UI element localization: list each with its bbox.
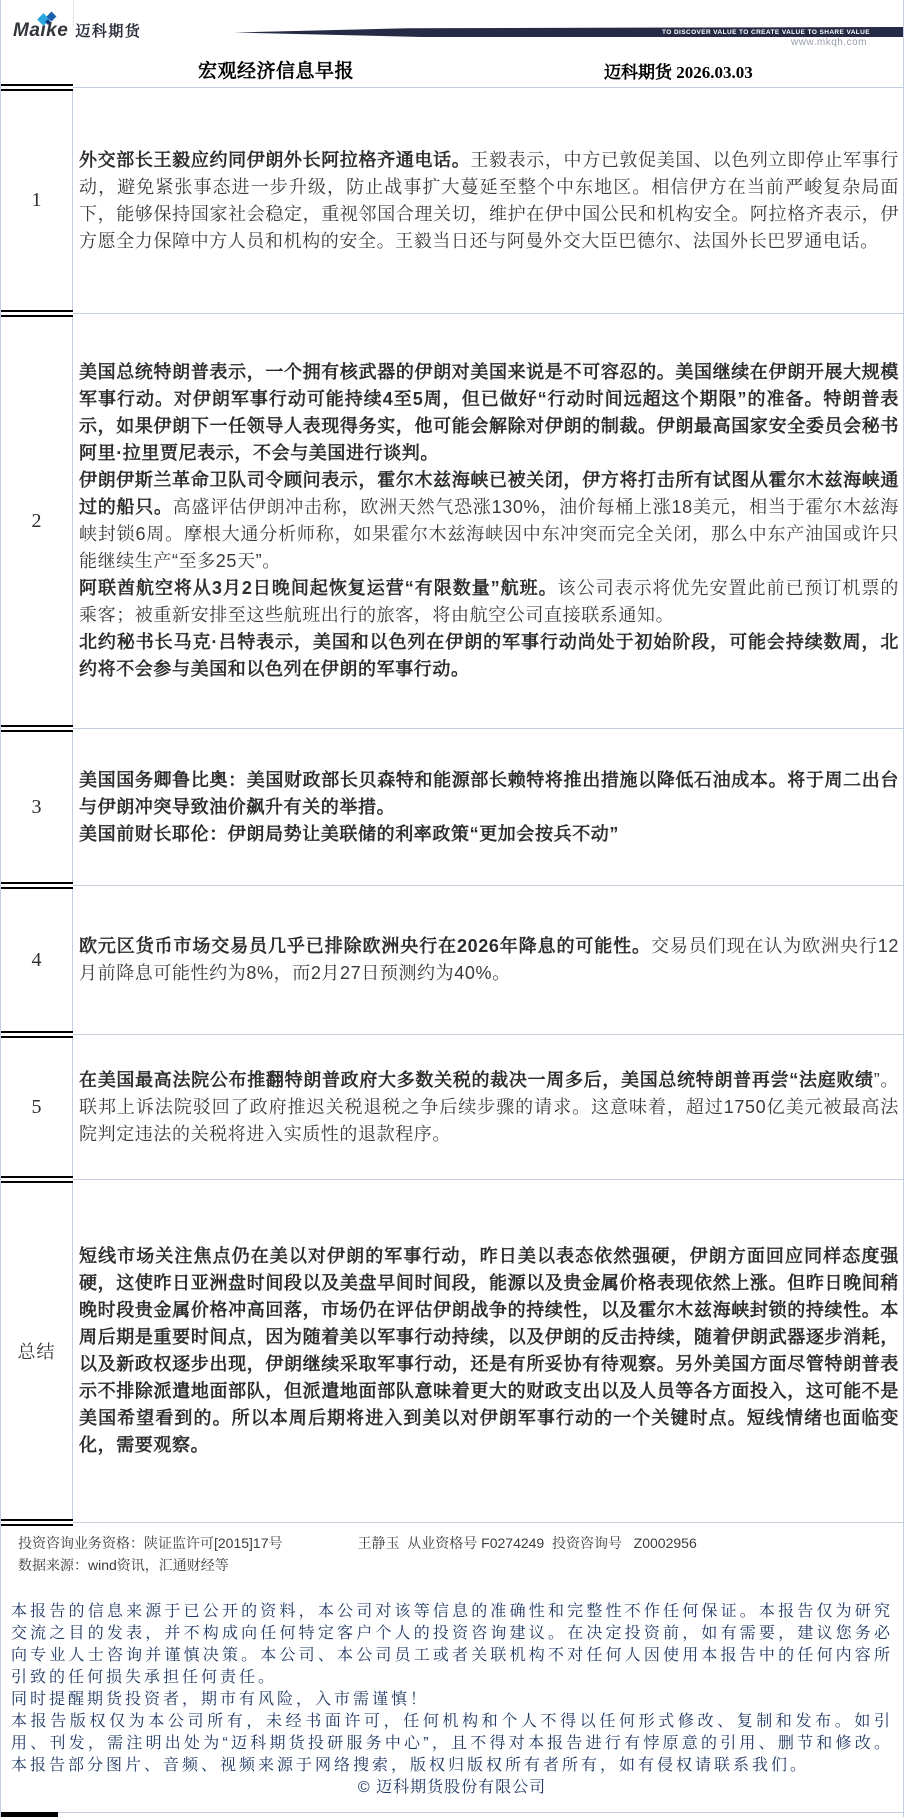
logo-company-name: 迈科期货 [75, 20, 141, 41]
row-label: 总结 [1, 1180, 73, 1522]
news-headline: 美国前财长耶伦：伊朗局势让美联储的利率政策“更加会按兵不动” [79, 824, 619, 844]
company-logo: Maike 迈科期货 [13, 20, 141, 42]
news-headline: 阿联酋航空将从3月2日晚间起恢复运营“有限数量”航班。 [79, 578, 558, 598]
row-label: 4 [1, 886, 73, 1034]
report-row: 总结短线市场关注焦点仍在美以对伊朗的军事行动，昨日美以表态依然强硬，伊朗方面回应… [1, 1179, 903, 1522]
report-row: 3美国国务卿鲁比奥：美国财政部长贝森特和能源部长赖特将推出措施以降低石油成本。将… [1, 728, 903, 885]
source-and-date: 迈科期货 2026.03.03 [604, 58, 753, 83]
row-content: 美国总统特朗普表示，一个拥有核武器的伊朗对美国来说是不可容忍的。美国继续在伊朗开… [73, 314, 903, 728]
news-paragraph: 阿联酋航空将从3月2日晚间起恢复运营“有限数量”航班。该公司表示将优先安置此前已… [79, 575, 899, 629]
news-headline: 欧元区货币市场交易员几乎已排除欧洲央行在2026年降息的可能性。 [79, 936, 651, 956]
news-paragraph: 短线市场关注焦点仍在美以对伊朗的军事行动，昨日美以表态依然强硬，伊朗方面回应同样… [79, 1243, 899, 1459]
copyright-line: © 迈科期货股份有限公司 [11, 1777, 893, 1799]
analyst-credentials: 王静玉 从业资格号 F0274249 投资咨询号 Z0002956 [358, 1532, 697, 1554]
row-content: 短线市场关注焦点仍在美以对伊朗的军事行动，昨日美以表态依然强硬，伊朗方面回应同样… [73, 1180, 903, 1522]
credentials-line: 投资咨询业务资格：陕证监许可[2015]17号 王静玉 从业资格号 F02742… [18, 1532, 893, 1554]
news-paragraph: 北约秘书长马克·吕特表示，美国和以色列在伊朗的军事行动尚处于初始阶段，可能会持续… [79, 629, 899, 683]
news-paragraph: 美国国务卿鲁比奥：美国财政部长贝森特和能源部长赖特将推出措施以降低石油成本。将于… [79, 767, 899, 821]
copyright-paragraph: 本报告版权仅为本公司所有，未经书面许可，任何机构和个人不得以任何形式修改、复制和… [11, 1711, 893, 1777]
news-paragraph: 美国总统特朗普表示，一个拥有核武器的伊朗对美国来说是不可容忍的。美国继续在伊朗开… [79, 359, 899, 467]
business-qualification: 投资咨询业务资格：陕证监许可[2015]17号 [18, 1532, 283, 1554]
news-paragraph: 外交部长王毅应约同伊朗外长阿拉格齐通电话。王毅表示，中方已敦促美国、以色列立即停… [79, 147, 899, 255]
row-content: 美国国务卿鲁比奥：美国财政部长贝森特和能源部长赖特将推出措施以降低石油成本。将于… [73, 729, 903, 885]
credentials-section: 投资咨询业务资格：陕证监许可[2015]17号 王静玉 从业资格号 F02742… [1, 1522, 903, 1595]
morning-report-page: Maike 迈科期货 TO DISCOVER VALUE TO CREATE V… [0, 0, 904, 1817]
news-paragraph: 在美国最高法院公布推翻特朗普政府大多数关税的裁决一周多后，美国总统特朗普再尝“法… [79, 1067, 899, 1148]
news-paragraph: 伊朗伊斯兰革命卫队司令顾问表示，霍尔木兹海峡已被关闭，伊方将打击所有试图从霍尔木… [79, 467, 899, 575]
report-row: 4欧元区货币市场交易员几乎已排除欧洲央行在2026年降息的可能性。交易员们现在认… [1, 885, 903, 1034]
row-label: 1 [1, 88, 73, 313]
row-content: 外交部长王毅应约同伊朗外长阿拉格齐通电话。王毅表示，中方已敦促美国、以色列立即停… [73, 88, 903, 313]
row-label: 2 [1, 314, 73, 728]
row-label: 3 [1, 729, 73, 885]
news-headline: 美国国务卿鲁比奥：美国财政部长贝森特和能源部长赖特将推出措施以降低石油成本。将于… [79, 770, 899, 817]
risk-warning: 同时提醒期货投资者，期市有风险，入市需谨慎！ [11, 1689, 893, 1711]
news-headline: 北约秘书长马克·吕特表示，美国和以色列在伊朗的军事行动尚处于初始阶段，可能会持续… [79, 632, 899, 679]
brand-slogan: TO DISCOVER VALUE TO CREATE VALUE TO SHA… [662, 29, 870, 36]
news-paragraph: 欧元区货币市场交易员几乎已排除欧洲央行在2026年降息的可能性。交易员们现在认为… [79, 933, 899, 987]
page-title: 宏观经济信息早报 [1, 56, 551, 83]
news-headline: 在美国最高法院公布推翻特朗普政府大多数关税的裁决一周多后，美国总统特朗普再尝“法… [79, 1070, 874, 1090]
data-source-line: 数据来源：wind资讯，汇通财经等 [18, 1554, 893, 1576]
table-bottom-border [1, 1812, 903, 1813]
report-table: 1外交部长王毅应约同伊朗外长阿拉格齐通电话。王毅表示，中方已敦促美国、以色列立即… [1, 87, 903, 1522]
news-headline: 短线市场关注焦点仍在美以对伊朗的军事行动，昨日美以表态依然强硬，伊朗方面回应同样… [79, 1246, 899, 1455]
row-content: 在美国最高法院公布推翻特朗普政府大多数关税的裁决一周多后，美国总统特朗普再尝“法… [73, 1035, 903, 1179]
brand-banner: TO DISCOVER VALUE TO CREATE VALUE TO SHA… [234, 27, 904, 37]
row-content: 欧元区货币市场交易员几乎已排除欧洲央行在2026年降息的可能性。交易员们现在认为… [73, 886, 903, 1034]
report-row: 1外交部长王毅应约同伊朗外长阿拉格齐通电话。王毅表示，中方已敦促美国、以色列立即… [1, 87, 903, 313]
bottom-edge-mark [1, 1812, 58, 1817]
news-headline: 外交部长王毅应约同伊朗外长阿拉格齐通电话。 [79, 150, 470, 170]
news-headline: 美国总统特朗普表示，一个拥有核武器的伊朗对美国来说是不可容忍的。美国继续在伊朗开… [79, 362, 899, 463]
report-header: Maike 迈科期货 TO DISCOVER VALUE TO CREATE V… [1, 0, 903, 87]
website-url: www.mkqh.com [791, 37, 867, 48]
row-label: 5 [1, 1035, 73, 1179]
report-row: 2美国总统特朗普表示，一个拥有核武器的伊朗对美国来说是不可容忍的。美国继续在伊朗… [1, 313, 903, 728]
disclaimer-section: 本报告的信息来源于已公开的资料，本公司对该等信息的准确性和完整性不作任何保证。本… [1, 1595, 903, 1817]
news-body: 高盛评估伊朗冲击称，欧洲天然气恐涨130%，油价每桶上涨18美元，相当于霍尔木兹… [79, 497, 899, 571]
news-paragraph: 美国前财长耶伦：伊朗局势让美联储的利率政策“更加会按兵不动” [79, 821, 899, 848]
disclaimer-paragraph: 本报告的信息来源于已公开的资料，本公司对该等信息的准确性和完整性不作任何保证。本… [11, 1601, 893, 1689]
report-row: 5在美国最高法院公布推翻特朗普政府大多数关税的裁决一周多后，美国总统特朗普再尝“… [1, 1034, 903, 1179]
